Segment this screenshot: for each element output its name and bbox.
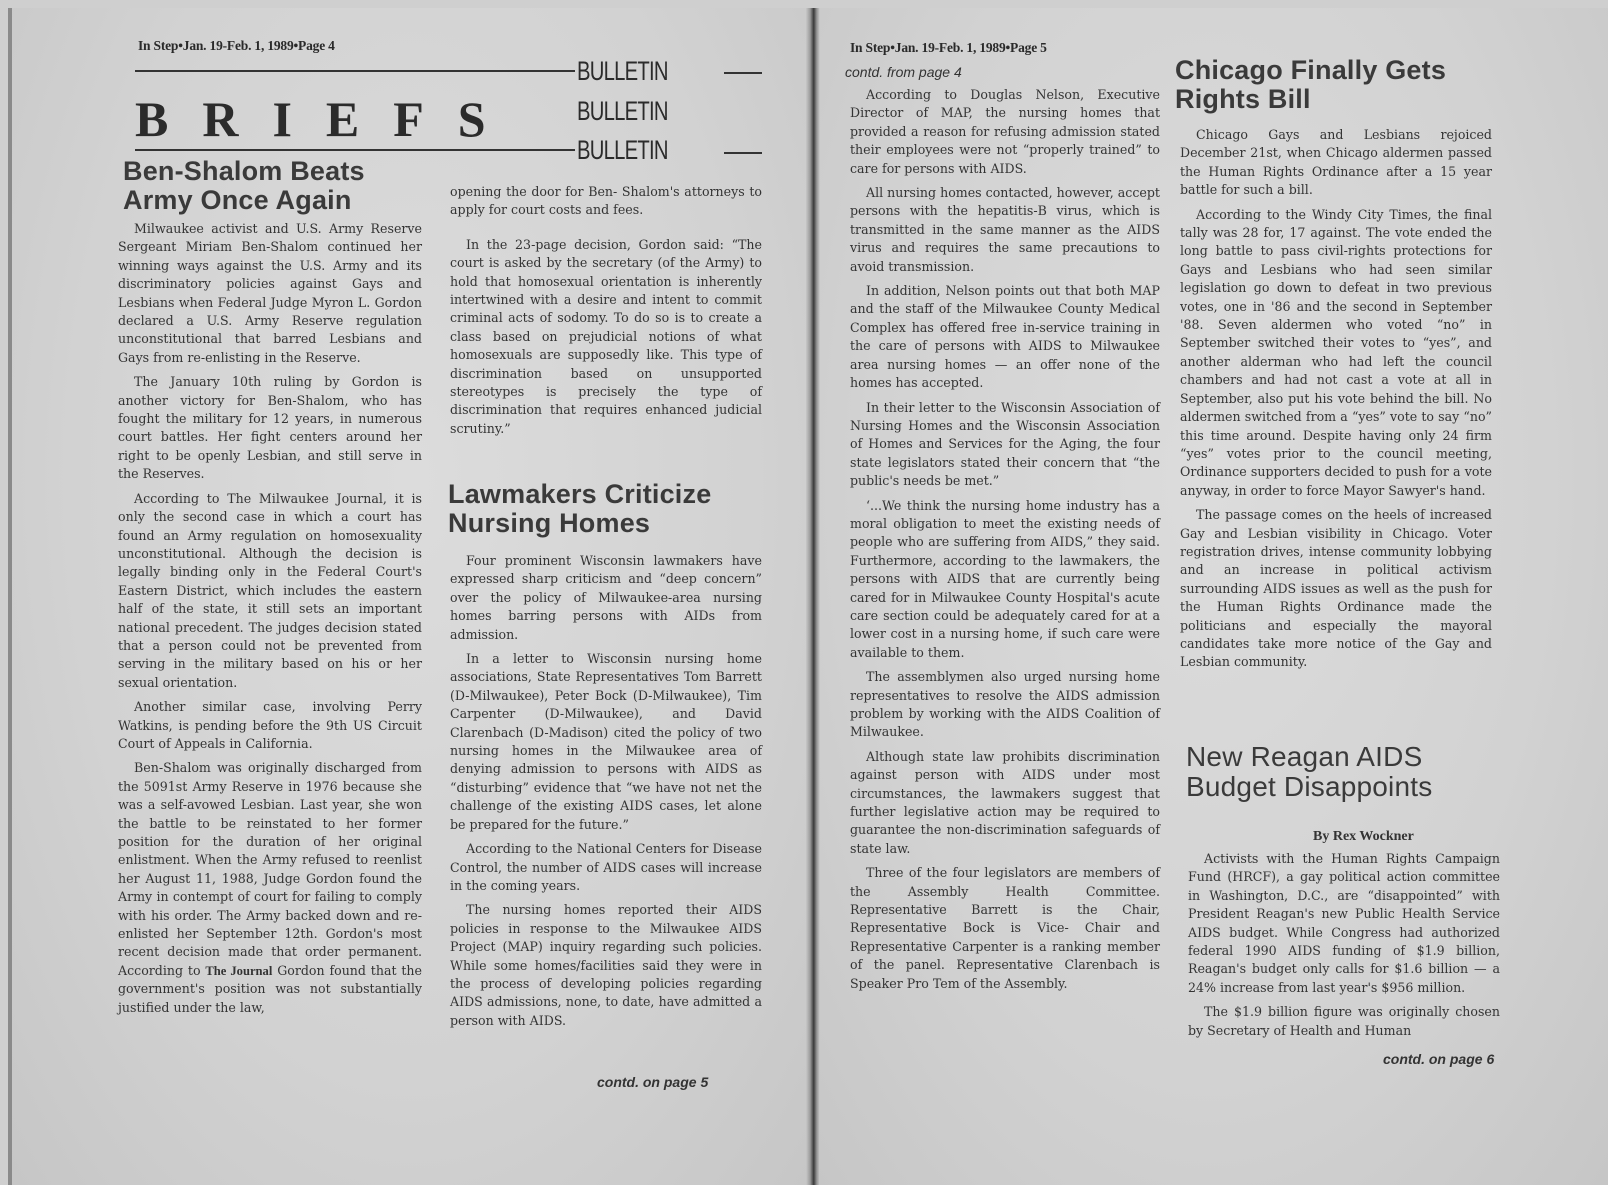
contd-on-page-5[interactable]: contd. on page 5: [597, 1074, 708, 1090]
byline: By Rex Wockner: [1313, 829, 1414, 845]
paragraph: According to the Windy City Times, the f…: [1180, 206, 1492, 501]
headline-line: Budget Disappoints: [1186, 772, 1432, 802]
headline-line: New Reagan AIDS: [1186, 742, 1432, 772]
bulletin-banner-1: BULLETIN: [577, 56, 668, 87]
paragraph: Although state law prohibits discriminat…: [850, 748, 1160, 858]
headline-line: Rights Bill: [1175, 85, 1446, 114]
article-lawmakers-continued: According to Douglas Nelson, Executive D…: [850, 86, 1160, 999]
paragraph: In addition, Nelson points out that both…: [850, 282, 1160, 392]
contd-from-page-4[interactable]: contd. from page 4: [845, 64, 962, 80]
binding-gutter: [806, 8, 820, 1185]
paragraph-text: Ben-Shalom was originally discharged fro…: [118, 760, 422, 977]
paragraph: All nursing homes contacted, however, ac…: [850, 184, 1160, 276]
headline-line: Ben-Shalom Beats: [123, 157, 365, 186]
bulletin-dash: [724, 72, 762, 74]
publication-name: The Journal: [205, 964, 272, 978]
paragraph: Activists with the Human Rights Campaign…: [1188, 850, 1500, 997]
headline-lawmakers: Lawmakers Criticize Nursing Homes: [448, 480, 711, 537]
paragraph: The assemblymen also urged nursing home …: [850, 668, 1160, 742]
headline-line: Nursing Homes: [448, 509, 711, 538]
article-ben-shalom-body: Milwaukee activist and U.S. Army Reserve…: [118, 220, 422, 1023]
article-ben-shalom-continued: opening the door for Ben- Shalom's attor…: [450, 183, 762, 444]
paragraph: Another similar case, involving Perry Wa…: [118, 698, 422, 753]
paragraph: In their letter to the Wisconsin Associa…: [850, 399, 1160, 491]
paragraph: Chicago Gays and Lesbians rejoiced Decem…: [1180, 126, 1492, 200]
paragraph: The passage comes on the heels of increa…: [1180, 506, 1492, 672]
paragraph: Milwaukee activist and U.S. Army Reserve…: [118, 220, 422, 367]
article-reagan-body: Activists with the Human Rights Campaign…: [1188, 850, 1500, 1046]
bulletin-banner-3: BULLETIN: [577, 135, 668, 166]
paragraph: Three of the four legislators are member…: [850, 864, 1160, 993]
paragraph: The January 10th ruling by Gordon is ano…: [118, 373, 422, 483]
paragraph: In the 23-page decision, Gordon said: “T…: [450, 236, 762, 438]
headline-line: Army Once Again: [123, 186, 365, 215]
paragraph: Four prominent Wisconsin lawmakers have …: [450, 552, 762, 644]
headline-line: Chicago Finally Gets: [1175, 56, 1446, 85]
page-4-folio: In Step•Jan. 19-Feb. 1, 1989•Page 4: [138, 38, 335, 54]
headline-reagan-aids-budget: New Reagan AIDS Budget Disappoints: [1186, 742, 1432, 801]
article-lawmakers-body: Four prominent Wisconsin lawmakers have …: [450, 552, 762, 1036]
article-chicago-body: Chicago Gays and Lesbians rejoiced Decem…: [1180, 126, 1492, 678]
paragraph: The $1.9 billion figure was originally c…: [1188, 1003, 1500, 1040]
headline-line: Lawmakers Criticize: [448, 480, 711, 509]
top-rule: [135, 70, 575, 72]
paragraph: opening the door for Ben- Shalom's attor…: [450, 183, 762, 220]
section-title-briefs: BRIEFS: [135, 90, 520, 148]
paragraph: The nursing homes reported their AIDS po…: [450, 901, 762, 1030]
paragraph: ‘...We think the nursing home industry h…: [850, 497, 1160, 663]
newspaper-spread: In Step•Jan. 19-Feb. 1, 1989•Page 4 BRIE…: [0, 0, 1608, 1185]
paragraph: Ben-Shalom was originally discharged fro…: [118, 759, 422, 1017]
paragraph: According to the National Centers for Di…: [450, 840, 762, 895]
contd-on-page-6[interactable]: contd. on page 6: [1383, 1051, 1494, 1067]
paragraph: According to The Milwaukee Journal, it i…: [118, 490, 422, 692]
bottom-rule: [135, 149, 575, 151]
paragraph: According to Douglas Nelson, Executive D…: [850, 86, 1160, 178]
bulletin-dash: [724, 152, 762, 154]
paragraph: In a letter to Wisconsin nursing home as…: [450, 650, 762, 834]
bulletin-banner-2: BULLETIN: [577, 96, 668, 127]
headline-chicago: Chicago Finally Gets Rights Bill: [1175, 56, 1446, 113]
headline-ben-shalom: Ben-Shalom Beats Army Once Again: [123, 157, 365, 214]
page-5-folio: In Step•Jan. 19-Feb. 1, 1989•Page 5: [850, 40, 1047, 56]
